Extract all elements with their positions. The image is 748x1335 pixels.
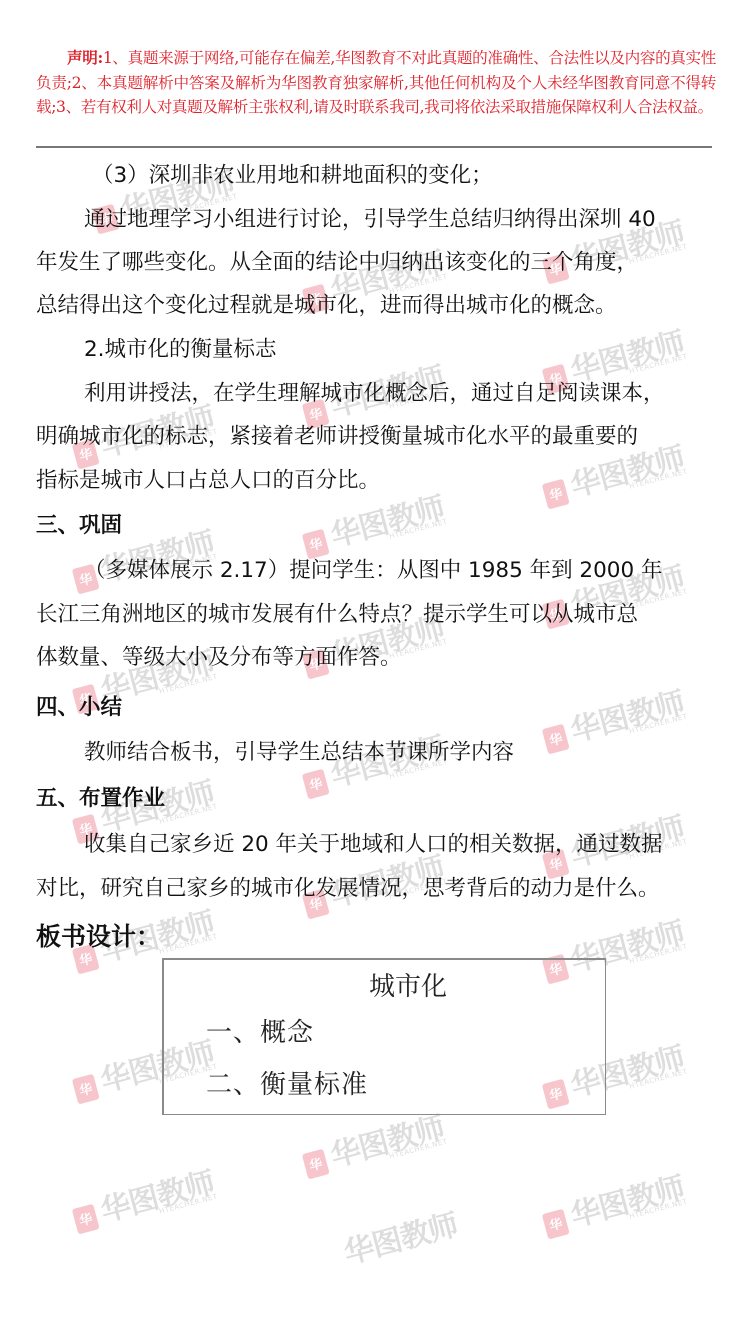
paragraph-line: 利用讲授法，在学生理解城市化概念后，通过自足阅读课本， (84, 379, 665, 409)
watermark: 华华图教师HTEACHER.NET (541, 443, 689, 512)
watermark-logo-icon: 华 (72, 1073, 100, 1104)
paragraph-line: 总结得出这个变化过程就是城市化，进而得出城市化的概念。 (36, 291, 617, 321)
disclaimer-lead: 声明: (36, 48, 103, 67)
board-item-standard: 二、衡量标准 (206, 1064, 368, 1101)
divider (36, 146, 712, 148)
document-page: 华华图教师HTEACHER.NET 华华图教师HTEACHER.NET 华华图教… (0, 0, 748, 1335)
paragraph-line: 通过地理学习小组进行讨论，引导学生总结归纳得出深圳 40 (84, 205, 656, 235)
watermark-logo-icon: 华 (542, 723, 570, 754)
board-item-concept: 一、概念 (206, 1012, 314, 1049)
paragraph-line: 对比，研究自己家乡的城市化发展情况，思考背后的动力是什么。 (36, 874, 660, 904)
watermark: 华华图教师HTEACHER.NET (541, 688, 689, 757)
section-heading: 三、巩固 (36, 511, 122, 541)
paragraph-line: （多媒体展示 2.17）提问学生：从图中 1985 年到 2000 年 (84, 556, 662, 586)
watermark-logo-icon: 华 (542, 1208, 570, 1239)
watermark-logo-icon: 华 (302, 1148, 330, 1179)
paragraph-line: 收集自己家乡近 20 年关于地域和人口的相关数据，通过数据 (84, 830, 663, 860)
paragraph-line: 长江三角洲地区的城市发展有什么特点？提示学生可以从城市总 (36, 600, 638, 630)
watermark-logo-icon: 华 (542, 478, 570, 509)
watermark: 华华图教师HTEACHER.NET (71, 1168, 219, 1237)
watermark: 华华图教师HTEACHER.NET (541, 1173, 689, 1242)
paragraph-line: 指标是城市人口占总人口的百分比。 (36, 466, 380, 496)
section-heading: 五、布置作业 (36, 784, 165, 814)
paragraph-line: 体数量、等级大小及分布等方面作答。 (36, 643, 402, 673)
disclaimer-text: 1、真题来源于网络,可能存在偏差,华图教育不对此真题的准确性、合法性以及内容的真… (36, 49, 716, 116)
watermark-logo-icon: 华 (302, 768, 330, 799)
watermark: 华华图教师HTEACHER.NET (301, 1113, 449, 1182)
board-title: 城市化 (369, 966, 447, 1003)
disclaimer: 声明:1、真题来源于网络,可能存在偏差,华图教育不对此真题的准确性、合法性以及内… (36, 46, 716, 120)
paragraph-line: 年发生了哪些变化。从全面的结论中归纳出该变化的三个角度， (36, 248, 638, 278)
board-design-box: 城市化 一、概念 二、衡量标准 (162, 958, 606, 1115)
watermark: 华华图教师HTEACHER.NET (301, 493, 449, 562)
section-heading: 四、小结 (36, 693, 122, 723)
paragraph-line: 明确城市化的标志，紧接着老师讲授衡量城市化水平的最重要的 (36, 422, 638, 452)
watermark-logo-icon: 华 (72, 1203, 100, 1234)
watermark: 华图教师 (341, 1210, 461, 1269)
subheading: 2.城市化的衡量标志 (84, 335, 277, 365)
board-design-heading: 板书设计： (36, 922, 161, 952)
list-item-3: （3）深圳非农业用地和耕地面积的变化； (92, 161, 493, 191)
paragraph-line: 教师结合板书，引导学生总结本节课所学内容 (84, 738, 514, 768)
watermark-logo-icon: 华 (302, 528, 330, 559)
